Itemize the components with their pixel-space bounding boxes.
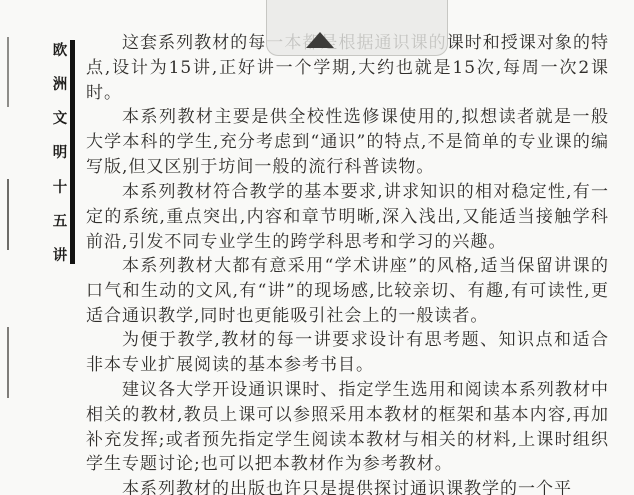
book-title-char: 十 bbox=[53, 176, 68, 197]
cursor-arrow-icon bbox=[306, 32, 334, 48]
paragraph: 本系列教材主要是供全校性选修课使用的,拟想读者就是一般大学本科的学生,充分考虑到… bbox=[86, 105, 609, 179]
book-title-char: 欧 bbox=[53, 39, 68, 60]
book-title-char: 讲 bbox=[53, 244, 68, 265]
paragraph: 建议各大学开设通识课时、指定学生选用和阅读本系列教材中相关的教材,教员上课可以参… bbox=[86, 378, 609, 477]
book-title-char: 明 bbox=[53, 141, 68, 162]
scroll-indicator-overlay bbox=[266, 0, 448, 56]
paragraph: 为便于教学,教材的每一讲要求设计有思考题、知识点和适合非本专业扩展阅读的基本参考… bbox=[86, 328, 609, 378]
paragraph: 本系列教材的出版也许只是提供探讨通识课教学的一个平 bbox=[86, 477, 609, 495]
page-edge-mark bbox=[7, 327, 9, 398]
paragraph: 本系列教材符合教学的基本要求,讲求知识的相对稳定性,有一定的系统,重点突出,内容… bbox=[86, 180, 609, 254]
book-title-char: 文 bbox=[53, 107, 68, 128]
book-title-vertical: 欧 洲 文 明 十 五 讲 bbox=[50, 39, 70, 265]
page-edge-mark bbox=[7, 37, 9, 107]
title-rule-bar bbox=[70, 40, 75, 264]
page-edge-mark bbox=[7, 179, 9, 250]
book-title-char: 洲 bbox=[53, 73, 68, 94]
book-title-char: 五 bbox=[53, 210, 68, 231]
paragraph: 本系列教材大都有意采用“学术讲座”的风格,适当保留讲课的口气和生动的文风,有“讲… bbox=[86, 254, 609, 328]
scanned-book-page: 欧 洲 文 明 十 五 讲 这套系列教材的每一本都是根据通识课的课时和授课对象的… bbox=[0, 0, 634, 495]
